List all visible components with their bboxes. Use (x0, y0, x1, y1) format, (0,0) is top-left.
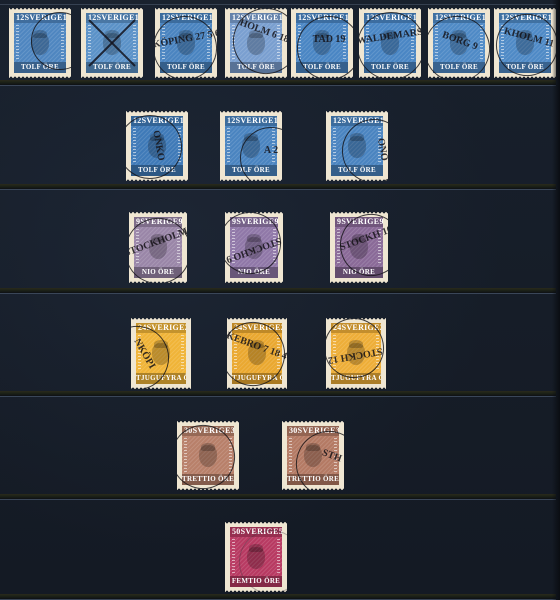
value-numeral-left: 12 (298, 13, 307, 23)
country-name: SVERIGE (241, 527, 279, 537)
stamp-header: 12SVERIGE12 (230, 13, 282, 23)
stamp-header: 12SVERIGE12 (14, 13, 66, 23)
strip-divider (0, 80, 556, 86)
stamp: 9SVERIGE9NIO ÖRESTOCKH 10 18 (330, 212, 388, 283)
stamp-field (335, 227, 383, 267)
country-name: SVERIGE (25, 13, 63, 23)
stamp: 12SVERIGE12TOLF ÖREBORG 9 (428, 8, 490, 78)
value-numeral-left: 12 (232, 13, 241, 23)
stamp-design: 12SVERIGE12TOLF ÖRE (230, 13, 282, 73)
stamp-field (86, 23, 138, 62)
stamp-field (232, 333, 282, 373)
country-name: SVERIGE (243, 323, 281, 333)
stamp: 24SVERIGE24TJUGUFYRA ÖRENKÖPI (131, 318, 191, 389)
stamp-design: 12SVERIGE12TOLF ÖRE (499, 13, 551, 73)
stamp-header: 9SVERIGE9 (134, 217, 182, 227)
value-numeral-left: 12 (435, 13, 444, 23)
stamp-header: 24SVERIGE24 (136, 323, 186, 333)
stamp-header: 12SVERIGE12 (160, 13, 212, 23)
stamp: 12SVERIGE12TOLF ÖREONO (326, 111, 388, 181)
stamp-design: 12SVERIGE12TOLF ÖRE (331, 116, 383, 176)
country-name: SVERIGE (171, 13, 209, 23)
coat-of-arms-icon (313, 33, 331, 55)
stamp-design: 12SVERIGE12TOLF ÖRE (160, 13, 212, 73)
country-name: SVERIGE (97, 13, 135, 23)
denomination-label: TJUGUFYRA ÖRE (136, 373, 186, 384)
stamp: 50SVERIGE50FEMTIO ÖRE (225, 522, 287, 592)
value-numeral-left: 12 (501, 13, 510, 23)
stamp-design: 50SVERIGE50FEMTIO ÖRE (230, 527, 282, 587)
stamp-header: 9SVERIGE9 (335, 217, 383, 227)
value-numeral-left: 12 (133, 116, 142, 126)
value-numeral-left: 12 (366, 13, 375, 23)
stamp-field (136, 333, 186, 373)
country-name: SVERIGE (147, 323, 185, 333)
denomination-label: TOLF ÖRE (433, 62, 485, 73)
coat-of-arms-icon (149, 237, 167, 259)
stamp-field (182, 436, 234, 474)
coat-of-arms-icon (177, 33, 195, 55)
denomination-label: TOLF ÖRE (225, 165, 277, 176)
stamp: 12SVERIGE12TOLF ÖREHOLM 6 1869 (225, 8, 287, 78)
denomination-label: TOLF ÖRE (499, 62, 551, 73)
stamp-design: 9SVERIGE9NIO ÖRE (230, 217, 278, 278)
country-name: SVERIGE (140, 217, 178, 227)
value-numeral-left: 12 (227, 116, 236, 126)
stamp-design: 9SVERIGE9NIO ÖRE (335, 217, 383, 278)
strip-divider (0, 594, 556, 600)
value-numeral-right: 9 (274, 217, 278, 227)
stamp: 9SVERIGE9NIO ÖRESTOCKHO 9 18 11 (225, 212, 283, 283)
country-name: SVERIGE (298, 426, 336, 436)
stamp-field (230, 227, 278, 267)
country-name: SVERIGE (241, 13, 279, 23)
stamp: 12SVERIGE12TOLF ÖRE (9, 8, 71, 78)
coat-of-arms-icon (347, 343, 365, 365)
stamp-header: 12SVERIGE12 (331, 116, 383, 126)
stamp-field (287, 436, 339, 474)
stamp-header: 24SVERIGE24 (331, 323, 381, 333)
page-edge-shadow (552, 0, 560, 600)
value-numeral-right: 9 (178, 217, 182, 227)
stamp-design: 12SVERIGE12TOLF ÖRE (296, 13, 348, 73)
coat-of-arms-icon (516, 33, 534, 55)
value-numeral-left: 50 (232, 527, 241, 537)
coat-of-arms-icon (31, 33, 49, 55)
denomination-label: TOLF ÖRE (230, 62, 282, 73)
stamp-design: 12SVERIGE12TOLF ÖRE (14, 13, 66, 73)
stamp-design: 30SVERIGE30TRETTIO ÖRE (287, 426, 339, 485)
stamp-design: 24SVERIGE24TJUGUFYRA ÖRE (331, 323, 381, 384)
value-numeral-right: 12 (548, 13, 551, 23)
denomination-label: TOLF ÖRE (131, 165, 183, 176)
stamp-header: 50SVERIGE50 (230, 527, 282, 537)
stamp-header: 12SVERIGE12 (364, 13, 416, 23)
value-numeral-right: 24 (380, 323, 381, 333)
denomination-label: TOLF ÖRE (296, 62, 348, 73)
denomination-label: FEMTIO ÖRE (230, 576, 282, 587)
value-numeral-right: 12 (274, 116, 277, 126)
value-numeral-right: 12 (413, 13, 416, 23)
stamp: 12SVERIGE12TOLF ÖREKHOLM 11 (494, 8, 556, 78)
strip-divider (0, 494, 556, 500)
stamp-field (433, 23, 485, 62)
value-numeral-left: 30 (289, 426, 298, 436)
value-numeral-right: 12 (380, 116, 383, 126)
country-name: SVERIGE (193, 426, 231, 436)
stamp-field (331, 333, 381, 373)
coat-of-arms-icon (450, 33, 468, 55)
country-name: SVERIGE (307, 13, 345, 23)
country-name: SVERIGE (342, 116, 380, 126)
stamp-header: 24SVERIGE24 (232, 323, 282, 333)
stamp-design: 12SVERIGE12TOLF ÖRE (225, 116, 277, 176)
denomination-label: NIO ÖRE (134, 267, 182, 278)
stock-page: 12SVERIGE12TOLF ÖRE12SVERIGE12TOLF ÖRE12… (0, 0, 560, 600)
denomination-label: TOLF ÖRE (160, 62, 212, 73)
stamp-field (331, 126, 383, 165)
stamp-header: 12SVERIGE12 (131, 116, 183, 126)
stamp-design: 12SVERIGE12TOLF ÖRE (86, 13, 138, 73)
denomination-label: TOLF ÖRE (86, 62, 138, 73)
stamp-field (296, 23, 348, 62)
stamp: 12SVERIGE12TOLF ÖRE (81, 8, 143, 78)
stamp: 12SVERIGE12TOLF ÖREWALDEMARSV 21 (359, 8, 421, 78)
value-numeral-left: 12 (88, 13, 97, 23)
stamp-header: 30SVERIGE30 (182, 426, 234, 436)
value-numeral-right: 24 (185, 323, 186, 333)
value-numeral-left: 30 (184, 426, 193, 436)
value-numeral-left: 12 (162, 13, 171, 23)
value-numeral-left: 24 (234, 323, 243, 333)
coat-of-arms-icon (242, 136, 260, 158)
value-numeral-left: 24 (138, 323, 147, 333)
coat-of-arms-icon (247, 33, 265, 55)
stamp-field (364, 23, 416, 62)
stamp-header: 12SVERIGE12 (86, 13, 138, 23)
stamp: 30SVERIGE30TRETTIO ÖRE (177, 421, 239, 490)
denomination-label: TRETTIO ÖRE (287, 474, 339, 485)
stamp: 24SVERIGE24TJUGUFYRA ÖREKEBRO 7 18 4 70 (227, 318, 287, 389)
coat-of-arms-icon (348, 136, 366, 158)
stamp-field (230, 23, 282, 62)
stamp-design: 12SVERIGE12TOLF ÖRE (131, 116, 183, 176)
coat-of-arms-icon (199, 445, 217, 467)
value-numeral-right: 50 (279, 527, 282, 537)
stamp-field (14, 23, 66, 62)
stamp-field (225, 126, 277, 165)
value-numeral-left: 12 (16, 13, 25, 23)
country-name: SVERIGE (444, 13, 482, 23)
coat-of-arms-icon (381, 33, 399, 55)
value-numeral-right: 24 (281, 323, 282, 333)
stamp: 12SVERIGE12TOLF ÖREKÖPING 27 5 68 (155, 8, 217, 78)
denomination-label: TJUGUFYRA ÖRE (331, 373, 381, 384)
stamp-header: 9SVERIGE9 (230, 217, 278, 227)
strip-divider (0, 288, 556, 294)
stamp-design: 24SVERIGE24TJUGUFYRA ÖRE (232, 323, 282, 384)
stamp: 9SVERIGE9NIO ÖRESTOCKHOLM 1 18 5 67 (129, 212, 187, 283)
coat-of-arms-icon (245, 237, 263, 259)
stamp-field (131, 126, 183, 165)
value-numeral-right: 12 (279, 13, 282, 23)
stamp-design: 12SVERIGE12TOLF ÖRE (364, 13, 416, 73)
value-numeral-right: 12 (482, 13, 485, 23)
value-numeral-right: 30 (231, 426, 234, 436)
country-name: SVERIGE (342, 323, 380, 333)
strip-divider (0, 184, 556, 190)
stamp-header: 12SVERIGE12 (296, 13, 348, 23)
coat-of-arms-icon (148, 136, 166, 158)
country-name: SVERIGE (510, 13, 548, 23)
strip-edge (0, 4, 556, 5)
stamp-design: 12SVERIGE12TOLF ÖRE (433, 13, 485, 73)
value-numeral-right: 12 (180, 116, 183, 126)
strip-divider (0, 391, 556, 397)
denomination-label: TOLF ÖRE (331, 165, 383, 176)
country-name: SVERIGE (236, 217, 274, 227)
value-numeral-right: 12 (63, 13, 66, 23)
denomination-label: TOLF ÖRE (364, 62, 416, 73)
stamp-field (230, 537, 282, 576)
stamp: 12SVERIGE12TOLF ÖRETAD 19 (291, 8, 353, 78)
denomination-label: TJUGUFYRA ÖRE (232, 373, 282, 384)
stamp: 12SVERIGE12TOLF ÖREA 2 (220, 111, 282, 181)
stamp: 30SVERIGE30TRETTIO ÖRESTH (282, 421, 344, 490)
country-name: SVERIGE (341, 217, 379, 227)
stamp-header: 12SVERIGE12 (433, 13, 485, 23)
stamp-header: 12SVERIGE12 (499, 13, 551, 23)
stamp-field (160, 23, 212, 62)
stamp-field (499, 23, 551, 62)
coat-of-arms-icon (304, 445, 322, 467)
value-numeral-right: 30 (336, 426, 339, 436)
denomination-label: NIO ÖRE (230, 267, 278, 278)
stamp-design: 9SVERIGE9NIO ÖRE (134, 217, 182, 278)
coat-of-arms-icon (350, 237, 368, 259)
denomination-label: TOLF ÖRE (14, 62, 66, 73)
value-numeral-left: 24 (333, 323, 342, 333)
country-name: SVERIGE (236, 116, 274, 126)
country-name: SVERIGE (142, 116, 180, 126)
value-numeral-right: 9 (379, 217, 383, 227)
stamp-design: 30SVERIGE30TRETTIO ÖRE (182, 426, 234, 485)
stamp-field (134, 227, 182, 267)
coat-of-arms-icon (248, 343, 266, 365)
denomination-label: NIO ÖRE (335, 267, 383, 278)
stamp-design: 24SVERIGE24TJUGUFYRA ÖRE (136, 323, 186, 384)
value-numeral-right: 12 (209, 13, 212, 23)
stamp-header: 30SVERIGE30 (287, 426, 339, 436)
coat-of-arms-icon (247, 547, 265, 569)
value-numeral-left: 12 (333, 116, 342, 126)
value-numeral-right: 12 (345, 13, 348, 23)
stamp-header: 12SVERIGE12 (225, 116, 277, 126)
denomination-label: TRETTIO ÖRE (182, 474, 234, 485)
coat-of-arms-icon (103, 33, 121, 55)
stamp: 24SVERIGE24TJUGUFYRA ÖRESTOCKH 12 (326, 318, 386, 389)
country-name: SVERIGE (375, 13, 413, 23)
coat-of-arms-icon (152, 343, 170, 365)
stamp: 12SVERIGE12TOLF ÖREONKO (126, 111, 188, 181)
value-numeral-right: 12 (135, 13, 138, 23)
